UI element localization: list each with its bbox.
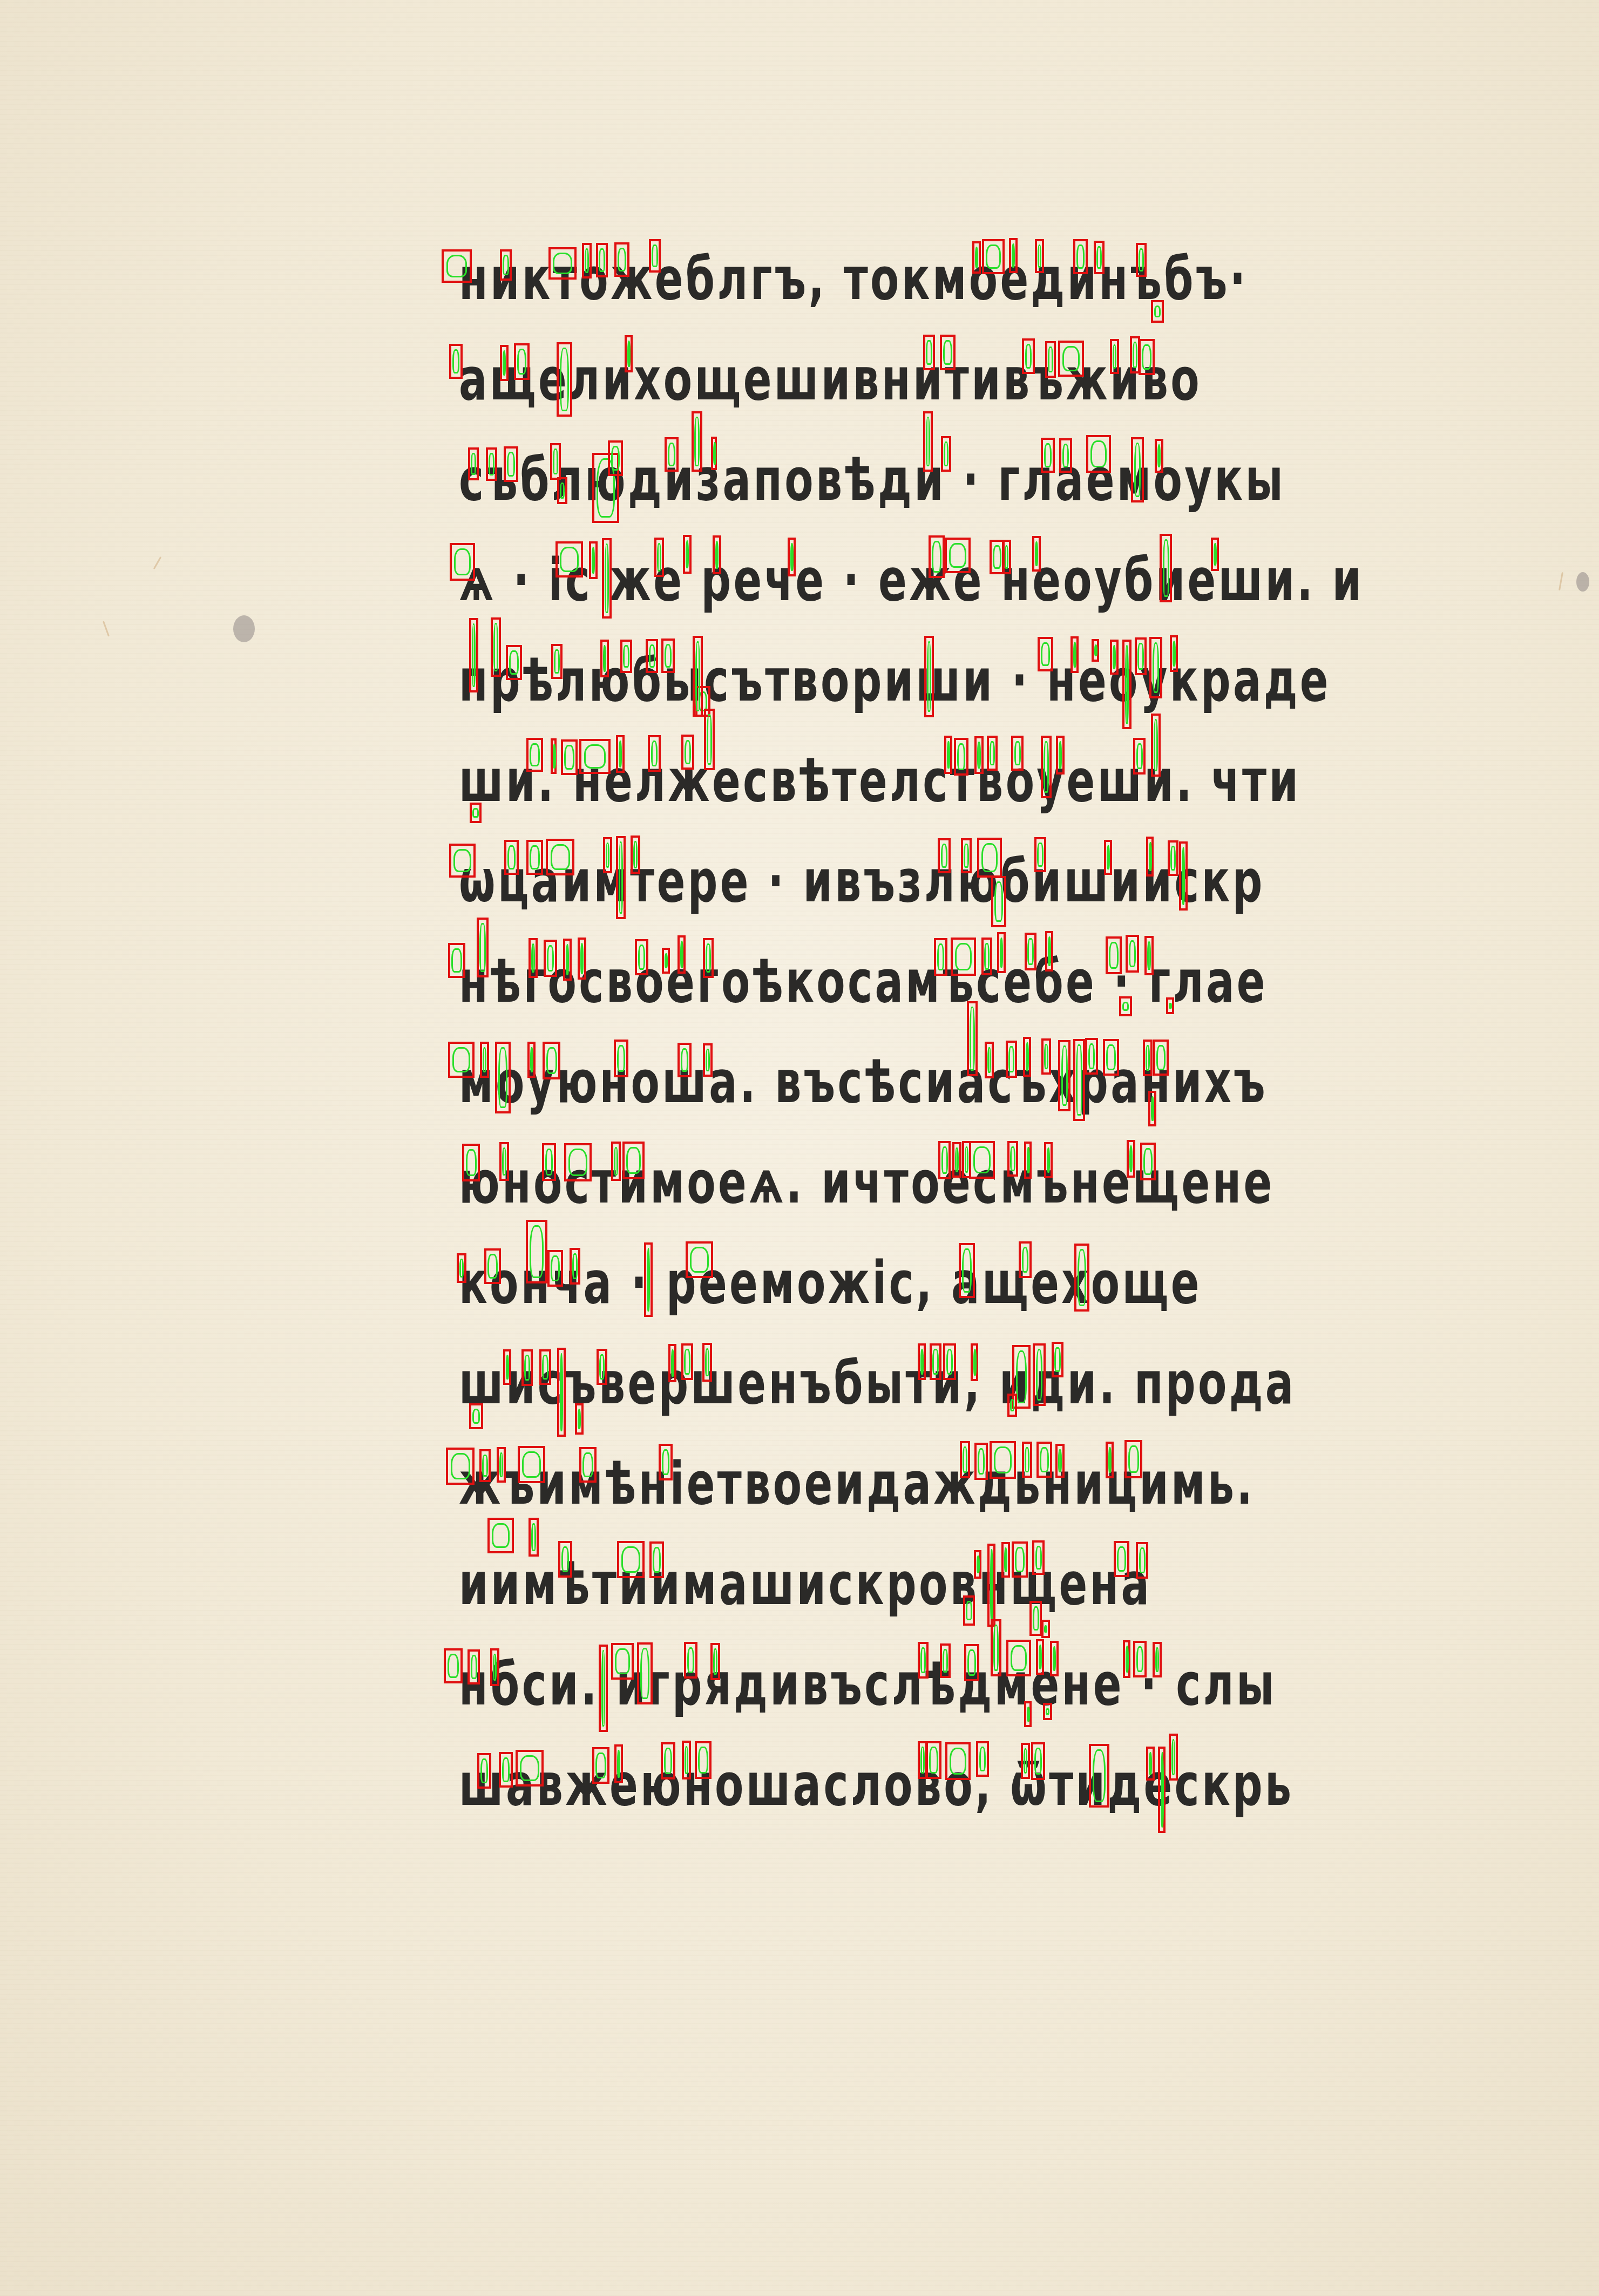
glyph-bounding-box	[945, 1742, 971, 1780]
text-line-5: прѣлюбысътвориши · неоукраде	[459, 628, 1485, 729]
glyph-bounding-box	[703, 938, 714, 978]
glyph-bounding-box	[1110, 339, 1119, 374]
glyph-bounding-box	[1045, 931, 1053, 972]
glyph-bounding-box	[788, 538, 796, 576]
glyph-bounding-box	[635, 939, 648, 975]
glyph-bounding-box	[1148, 1091, 1156, 1126]
glyph-bounding-box	[923, 411, 933, 472]
glyph-bounding-box	[550, 443, 561, 480]
glyph-bounding-box	[1041, 1620, 1050, 1638]
glyph-bounding-box	[548, 247, 577, 280]
text-line-4: ѧ · іс же рече · еже неоубиеши. и	[459, 528, 1485, 628]
glyph-bounding-box	[1153, 1040, 1169, 1076]
glyph-bounding-box	[611, 1142, 621, 1181]
glyph-bounding-box	[654, 538, 664, 577]
glyph-bounding-box	[1045, 341, 1056, 378]
glyph-bounding-box	[926, 1741, 941, 1779]
glyph-bounding-box	[1104, 840, 1112, 875]
glyph-bounding-box	[1031, 1742, 1045, 1780]
ink-blot	[233, 615, 255, 642]
glyph-bounding-box	[542, 1143, 556, 1181]
glyph-bounding-box	[1151, 714, 1161, 777]
glyph-bounding-box	[616, 735, 625, 773]
glyph-bounding-box	[1089, 1744, 1109, 1808]
glyph-bounding-box	[991, 876, 1006, 927]
glyph-bounding-box	[1041, 736, 1052, 798]
glyph-bounding-box	[442, 249, 472, 283]
glyph-bounding-box	[1007, 1394, 1017, 1417]
glyph-bounding-box	[614, 242, 629, 277]
glyph-bounding-box	[684, 1642, 697, 1679]
glyph-bounding-box	[1133, 1641, 1147, 1677]
glyph-bounding-box	[551, 738, 557, 774]
glyph-bounding-box	[555, 541, 583, 578]
glyph-bounding-box	[467, 1649, 480, 1684]
glyph-bounding-box	[1135, 637, 1147, 675]
glyph-bounding-box	[625, 335, 633, 372]
glyph-bounding-box	[1002, 540, 1011, 574]
glyph-bounding-box	[449, 344, 463, 379]
glyph-bounding-box	[960, 1441, 970, 1478]
glyph-bounding-box	[469, 618, 478, 692]
glyph-bounding-box	[982, 239, 1005, 274]
glyph-bounding-box	[539, 1349, 551, 1385]
glyph-bounding-box	[681, 735, 694, 770]
glyph-bounding-box	[944, 736, 952, 774]
glyph-bounding-box	[1124, 1440, 1142, 1478]
glyph-bounding-box	[649, 239, 661, 273]
glyph-bounding-box	[1032, 1540, 1045, 1575]
glyph-bounding-box	[487, 1518, 514, 1553]
glyph-bounding-box	[551, 644, 563, 679]
glyph-bounding-box	[546, 839, 574, 875]
glyph-bounding-box	[631, 835, 640, 874]
glyph-bounding-box	[527, 1042, 536, 1078]
glyph-bounding-box	[1073, 239, 1088, 274]
glyph-bounding-box	[575, 1403, 584, 1435]
glyph-bounding-box	[686, 1241, 713, 1278]
glyph-bounding-box	[504, 446, 518, 482]
line-text: ѡцаимтере · ивъзлюбишиискр	[459, 850, 1265, 914]
glyph-bounding-box	[449, 844, 476, 878]
glyph-bounding-box	[570, 1248, 580, 1285]
glyph-bounding-box	[713, 535, 721, 574]
glyph-bounding-box	[504, 840, 519, 875]
glyph-bounding-box	[448, 943, 465, 978]
glyph-bounding-box	[561, 739, 578, 775]
glyph-bounding-box	[563, 939, 572, 981]
glyph-bounding-box	[934, 938, 947, 976]
glyph-bounding-box	[529, 938, 538, 978]
glyph-bounding-box	[1153, 1642, 1162, 1677]
glyph-bounding-box	[617, 1541, 645, 1578]
glyph-bounding-box	[1024, 1701, 1032, 1727]
glyph-bounding-box	[1179, 841, 1188, 911]
glyph-bounding-box	[702, 1343, 712, 1382]
glyph-bounding-box	[938, 838, 951, 873]
glyph-bounding-box	[579, 1447, 597, 1483]
glyph-bounding-box	[470, 803, 482, 823]
glyph-bounding-box	[557, 342, 572, 417]
glyph-bounding-box	[1036, 1639, 1044, 1675]
glyph-bounding-box	[614, 1040, 628, 1077]
glyph-bounding-box	[692, 411, 702, 472]
glyph-bounding-box	[500, 345, 509, 381]
glyph-bounding-box	[1019, 1241, 1032, 1278]
glyph-bounding-box	[649, 1541, 664, 1578]
glyph-bounding-box	[987, 736, 998, 771]
glyph-bounding-box	[974, 736, 984, 774]
text-line-7: ѡцаимтере · ивъзлюбишиискр	[459, 829, 1485, 929]
glyph-bounding-box	[526, 1220, 547, 1283]
glyph-bounding-box	[951, 938, 976, 976]
glyph-bounding-box	[611, 1643, 634, 1680]
glyph-bounding-box	[622, 1142, 645, 1179]
glyph-bounding-box	[1169, 1734, 1178, 1781]
glyph-bounding-box	[1070, 636, 1079, 673]
glyph-bounding-box	[1032, 536, 1041, 572]
glyph-bounding-box	[547, 1250, 563, 1287]
glyph-bounding-box	[940, 335, 956, 370]
glyph-bounding-box	[1160, 534, 1172, 602]
glyph-bounding-box	[1007, 1141, 1018, 1177]
glyph-bounding-box	[1151, 300, 1164, 323]
glyph-bounding-box	[1012, 1541, 1028, 1578]
glyph-bounding-box	[557, 1348, 566, 1437]
glyph-bounding-box	[1001, 1542, 1010, 1578]
glyph-bounding-box	[490, 1648, 499, 1686]
glyph-bounding-box	[1043, 1703, 1052, 1720]
glyph-bounding-box	[1036, 1442, 1052, 1478]
glyph-bounding-box	[1085, 1038, 1098, 1075]
glyph-bounding-box	[582, 243, 592, 278]
glyph-bounding-box	[991, 1619, 1001, 1676]
glyph-bounding-box	[923, 335, 935, 370]
glyph-bounding-box	[644, 1242, 653, 1317]
glyph-bounding-box	[1086, 435, 1111, 473]
glyph-bounding-box	[1050, 1641, 1059, 1676]
glyph-bounding-box	[930, 1343, 941, 1380]
glyph-bounding-box	[710, 1643, 720, 1680]
glyph-bounding-box	[952, 1142, 961, 1178]
glyph-bounding-box	[1136, 1542, 1148, 1579]
glyph-bounding-box	[963, 1595, 975, 1626]
glyph-bounding-box	[659, 1444, 673, 1480]
glyph-bounding-box	[668, 1344, 676, 1382]
glyph-bounding-box	[579, 739, 611, 774]
glyph-bounding-box	[1094, 241, 1105, 274]
glyph-bounding-box	[599, 1645, 608, 1732]
text-line-6: ши. нелжесвѣтелствоуеши. чти	[459, 729, 1485, 829]
glyph-bounding-box	[693, 636, 703, 717]
glyph-bounding-box	[514, 343, 530, 380]
glyph-bounding-box	[974, 1550, 981, 1579]
glyph-bounding-box	[457, 1253, 466, 1283]
glyph-bounding-box	[954, 738, 968, 776]
glyph-bounding-box	[495, 1042, 511, 1113]
glyph-bounding-box	[1131, 437, 1144, 502]
glyph-bounding-box	[506, 645, 522, 680]
glyph-bounding-box	[1074, 1244, 1089, 1312]
glyph-bounding-box	[1058, 341, 1084, 377]
glyph-bounding-box	[1170, 635, 1178, 672]
glyph-bounding-box	[479, 1449, 491, 1482]
glyph-bounding-box	[940, 1643, 951, 1678]
glyph-bounding-box	[557, 477, 567, 504]
glyph-bounding-box	[1106, 1442, 1114, 1478]
glyph-bounding-box	[1122, 640, 1132, 729]
glyph-bounding-box	[985, 1042, 994, 1078]
glyph-bounding-box	[1158, 1747, 1166, 1833]
glyph-bounding-box	[620, 640, 632, 673]
text-line-2: ащелихощешивнитивъживо	[459, 327, 1485, 427]
glyph-bounding-box	[1092, 639, 1099, 662]
glyph-bounding-box	[603, 837, 612, 873]
glyph-bounding-box	[1059, 438, 1072, 473]
glyph-bounding-box	[529, 1518, 539, 1557]
glyph-bounding-box	[1168, 840, 1178, 876]
glyph-bounding-box	[695, 1741, 712, 1779]
glyph-bounding-box	[1114, 1541, 1129, 1577]
ink-blot	[1576, 572, 1589, 592]
glyph-bounding-box	[602, 538, 612, 619]
glyph-bounding-box	[1127, 1140, 1135, 1178]
glyph-bounding-box	[987, 1544, 995, 1627]
glyph-bounding-box	[477, 1753, 491, 1789]
line-text: шисъвершенъбыти, иди. прода	[459, 1351, 1296, 1416]
glyph-bounding-box	[681, 1343, 693, 1380]
glyph-bounding-box	[1022, 1442, 1032, 1478]
glyph-bounding-box	[1143, 1040, 1153, 1076]
glyph-bounding-box	[616, 836, 626, 919]
glyph-bounding-box	[468, 447, 479, 480]
text-line-16: шавжеюношаслово, ѿтидескрь	[459, 1733, 1485, 1833]
glyph-bounding-box	[1009, 238, 1018, 273]
glyph-bounding-box	[1073, 1039, 1085, 1121]
glyph-bounding-box	[600, 640, 609, 677]
glyph-bounding-box	[503, 1349, 511, 1385]
glyph-bounding-box	[1136, 243, 1147, 277]
glyph-bounding-box	[1029, 1601, 1042, 1636]
glyph-bounding-box	[499, 1752, 513, 1788]
glyph-bounding-box	[677, 1043, 692, 1077]
glyph-bounding-box	[477, 918, 489, 977]
glyph-bounding-box	[924, 636, 934, 717]
glyph-bounding-box	[578, 938, 586, 980]
glyph-bounding-box	[500, 249, 512, 281]
glyph-bounding-box	[1146, 1747, 1155, 1781]
glyph-bounding-box	[646, 639, 658, 673]
glyph-bounding-box	[446, 1448, 475, 1485]
glyph-bounding-box	[929, 535, 945, 578]
glyph-bounding-box	[1123, 1640, 1130, 1678]
glyph-bounding-box	[597, 1349, 607, 1385]
glyph-bounding-box	[1106, 936, 1122, 974]
glyph-bounding-box	[1155, 439, 1163, 473]
glyph-bounding-box	[997, 932, 1006, 973]
glyph-bounding-box	[1166, 997, 1174, 1014]
glyph-bounding-box	[682, 1741, 691, 1779]
glyph-bounding-box	[516, 1750, 544, 1786]
glyph-bounding-box	[469, 1403, 483, 1429]
glyph-bounding-box	[1022, 338, 1035, 374]
glyph-bounding-box	[1149, 637, 1162, 698]
glyph-bounding-box	[703, 1043, 713, 1077]
glyph-bounding-box	[704, 709, 715, 770]
glyph-bounding-box	[486, 447, 497, 481]
glyph-bounding-box	[1126, 935, 1139, 973]
glyph-bounding-box	[964, 1644, 979, 1681]
glyph-bounding-box	[448, 1042, 475, 1078]
glyph-bounding-box	[589, 541, 598, 579]
glyph-bounding-box	[480, 1042, 489, 1078]
glyph-bounding-box	[518, 1446, 545, 1483]
glyph-bounding-box	[1025, 933, 1036, 970]
glyph-bounding-box	[941, 436, 951, 472]
glyph-bounding-box	[648, 735, 661, 772]
glyph-bounding-box	[1038, 637, 1053, 671]
glyph-bounding-box	[1146, 837, 1154, 877]
glyph-bounding-box	[1211, 538, 1219, 571]
glyph-bounding-box	[677, 935, 686, 974]
glyph-bounding-box	[1041, 1038, 1051, 1075]
glyph-bounding-box	[1035, 239, 1044, 273]
glyph-bounding-box	[637, 1642, 653, 1704]
glyph-bounding-box	[1023, 1037, 1031, 1077]
glyph-bounding-box	[977, 838, 1002, 878]
glyph-bounding-box	[526, 840, 543, 875]
glyph-bounding-box	[990, 1441, 1016, 1479]
glyph-bounding-box	[943, 1343, 956, 1380]
glyph-bounding-box	[558, 1541, 572, 1578]
glyph-bounding-box	[499, 1142, 509, 1181]
glyph-bounding-box	[961, 838, 972, 873]
glyph-bounding-box	[661, 638, 675, 673]
text-line-13: жъимѣніетвоеидаждьницимь.	[459, 1431, 1485, 1532]
glyph-bounding-box	[450, 543, 475, 581]
glyph-bounding-box	[976, 1741, 989, 1777]
glyph-bounding-box	[1110, 640, 1119, 675]
glyph-bounding-box	[484, 1248, 501, 1284]
glyph-bounding-box	[974, 1443, 988, 1480]
glyph-bounding-box	[918, 1343, 926, 1380]
glyph-bounding-box	[918, 1642, 929, 1679]
glyph-bounding-box	[1006, 1041, 1017, 1078]
glyph-bounding-box	[981, 938, 992, 975]
glyph-bounding-box	[614, 1744, 623, 1783]
glyph-bounding-box	[665, 437, 679, 472]
glyph-bounding-box	[592, 1747, 609, 1784]
glyph-bounding-box	[596, 243, 608, 277]
glyph-bounding-box	[683, 535, 692, 574]
glyph-bounding-box	[1133, 738, 1146, 775]
glyph-bounding-box	[1052, 1342, 1063, 1377]
glyph-bounding-box	[1139, 339, 1155, 375]
glyph-bounding-box	[444, 1648, 463, 1683]
glyph-bounding-box	[1055, 1444, 1065, 1478]
glyph-bounding-box	[1044, 1142, 1053, 1178]
text-line-1: никтожеблгъ, токмоединъбъ·	[459, 227, 1485, 327]
glyph-bounding-box	[711, 437, 717, 470]
glyph-bounding-box	[1006, 1640, 1031, 1676]
glyph-bounding-box	[1024, 1142, 1032, 1179]
glyph-bounding-box	[1144, 936, 1154, 975]
glyph-bounding-box	[972, 241, 981, 274]
glyph-bounding-box	[1034, 837, 1046, 872]
glyph-bounding-box	[564, 1143, 592, 1181]
glyph-bounding-box	[1103, 1039, 1119, 1076]
glyph-bounding-box	[497, 1447, 506, 1483]
glyph-bounding-box	[971, 1343, 978, 1381]
glyph-bounding-box	[1058, 1040, 1070, 1111]
line-text: никтожеблгъ, токмоединъбъ·	[459, 247, 1248, 312]
glyph-bounding-box	[521, 1349, 533, 1386]
line-text: прѣлюбысътвориши · неоукраде	[459, 649, 1331, 714]
glyph-bounding-box	[969, 1141, 995, 1179]
glyph-bounding-box	[1011, 736, 1024, 771]
glyph-bounding-box	[1041, 438, 1055, 473]
glyph-bounding-box	[526, 738, 543, 772]
glyph-bounding-box	[543, 1042, 560, 1079]
glyph-bounding-box	[1021, 1743, 1030, 1779]
glyph-bounding-box	[544, 940, 557, 977]
glyph-bounding-box	[661, 1742, 675, 1779]
glyph-bounding-box	[608, 440, 623, 476]
glyph-bounding-box	[462, 1144, 480, 1181]
glyph-bounding-box	[1033, 1343, 1046, 1406]
glyph-bounding-box	[959, 1243, 975, 1298]
glyph-bounding-box	[1119, 996, 1132, 1016]
glyph-bounding-box	[662, 948, 670, 974]
glyph-bounding-box	[945, 538, 971, 573]
glyph-bounding-box	[938, 1141, 951, 1179]
glyph-bounding-box	[491, 617, 501, 677]
glyph-bounding-box	[967, 1001, 978, 1076]
glyph-bounding-box	[1056, 736, 1065, 775]
glyph-bounding-box	[1140, 1143, 1156, 1180]
